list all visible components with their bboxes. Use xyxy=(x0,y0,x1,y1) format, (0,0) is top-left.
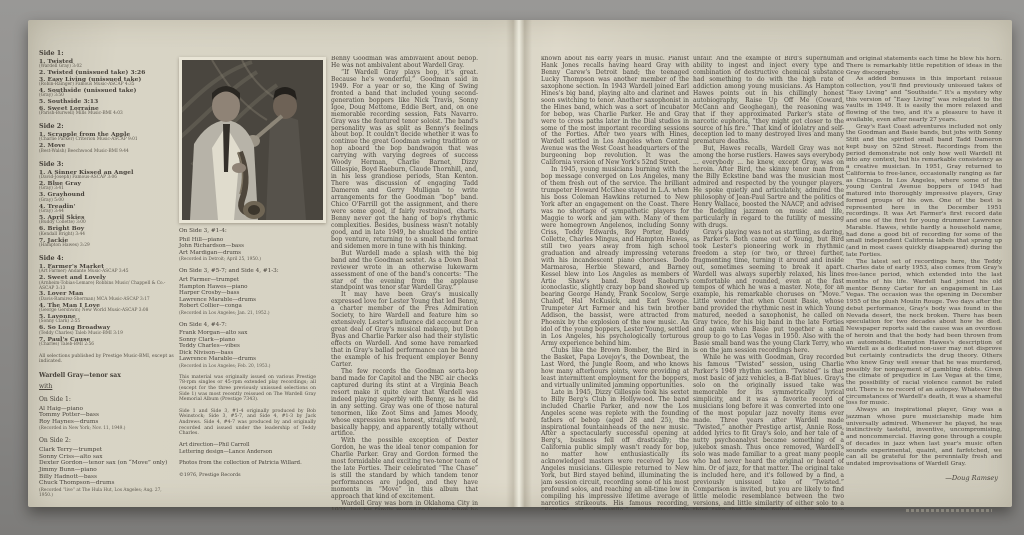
liner-notes-paragraph: Clubs like the Brown Bomber, the Bird in… xyxy=(541,348,689,390)
liner-notes-paragraph: The latest set of recordings here, the T… xyxy=(846,259,1002,408)
side-heading: Side 2: xyxy=(39,123,177,130)
personnel-side-4-4-7: On Side 4, #4-7: Frank Morgan—alto saxSo… xyxy=(179,322,316,369)
liner-notes-paragraph: In 1945, young musicians burning with th… xyxy=(541,167,689,348)
liner-notes-paragraph: As added bonuses in this important reiss… xyxy=(846,76,1002,123)
album-gatefold-interior: Side 1: 1. Twisted (Wardell Gray) 3:02 2… xyxy=(28,20,1012,507)
recording-date-note: (Recorded in Detroit; April 25, 1950.) xyxy=(179,257,316,262)
musician-credit: Jimmy Bunn—piano xyxy=(39,467,177,474)
liner-notes-paragraph: unfair. And the example of Bird's superh… xyxy=(693,56,844,146)
personnel-heading: On Side 3, #5-7; and Side 4, #1-3: xyxy=(179,268,316,275)
liner-notes-paragraph: With the possible exception of Dexter Go… xyxy=(331,438,478,501)
musician-credit: Billy Hadnott—bass xyxy=(39,474,177,481)
track-credit: (Hampton Hawes) 3:29 xyxy=(39,244,177,249)
liner-notes-paragraph: “If Wardell Gray plays bop, it's great. … xyxy=(331,70,478,251)
author-signature: —Doug Ramsey xyxy=(846,474,1002,482)
liner-notes-column-1: Benny Goodman was ambivalent about bebop… xyxy=(331,56,478,510)
fine-print-illegible xyxy=(906,509,992,512)
liner-notes-paragraph: While he was with Goodman, Gray recorded… xyxy=(693,355,844,510)
personnel-heading: On Side 3, #1-4: xyxy=(179,228,316,235)
side-heading: Side 1: xyxy=(39,50,177,57)
liner-notes-column-4: and original statements each time he ble… xyxy=(846,56,1002,510)
track-item: 2. Sweet and Lovely (Arnheim-Tobias-Lema… xyxy=(39,275,177,291)
track-item: 6. Sweet Lorraine (Parish-Burwell) Mills… xyxy=(39,106,177,117)
leader-credit: Wardell Gray—tenor sax xyxy=(39,372,177,379)
musician-credit: Lawrence Marable—drums xyxy=(179,356,316,363)
track-item: 2. Move (Best-Walsh) Beechwood Music-BMI… xyxy=(39,143,177,154)
track-item: 6. Bright Boy (Kendall Bright) 3:44 xyxy=(39,226,177,237)
personnel-heading: On Side 4, #4-7: xyxy=(179,322,316,329)
reissue-note: This material was originally issued on v… xyxy=(179,375,316,403)
recording-date-note: (Recorded in Los Angeles; Feb. 20, 1953.… xyxy=(179,364,316,369)
band-photo-image xyxy=(182,60,323,220)
liner-notes-paragraph: Wardell Gray was born in Oklahoma City i… xyxy=(331,501,478,510)
side-4-tracklist: Side 4: 1. Farmer's Market (Art Farmer) … xyxy=(39,255,177,348)
liner-notes-paragraph: The few records the Goodman sorta-bop ba… xyxy=(331,369,478,439)
liner-notes-paragraph: and original statements each time he ble… xyxy=(846,56,1002,76)
track-item: 7. Paul's Cause (Charles) Taleb-BMI 2:56 xyxy=(39,337,177,348)
art-direction-credit: Art direction—Phil Carroll xyxy=(179,442,316,448)
liner-notes-paragraph: It may have been Gray's musically expres… xyxy=(331,292,478,368)
musician-credit: Chuck Thompson—drums xyxy=(39,480,177,487)
side-heading: Side 4: xyxy=(39,255,177,262)
tracklist-column: Side 1: 1. Twisted (Wardell Gray) 3:02 2… xyxy=(39,50,177,498)
musician-credit: Dexter Gordon—tenor sax (on “Move” only) xyxy=(39,460,177,467)
liner-notes-column-2: known about his early years in music. Pi… xyxy=(541,56,689,510)
side-2-tracklist: Side 2: 1. Scrapple from the Apple (Char… xyxy=(39,123,177,155)
liner-notes-paragraph: Benny Goodman was ambivalent about bebop… xyxy=(331,56,478,70)
recording-date-note: (Recorded in Los Angeles; Jan. 21, 1952.… xyxy=(179,311,316,316)
session-credits-column: On Side 3, #1-4: Phil Hill—pianoJohn Ric… xyxy=(179,228,316,478)
production-note: Side 1 and Side 3, #1-4 originally produ… xyxy=(179,409,316,437)
liner-notes-column-3: unfair. And the example of Bird's superh… xyxy=(693,56,844,510)
liner-notes-paragraph: But, Hawes recalls, Wardell Gray was not… xyxy=(693,146,844,229)
lettering-design-credit: Lettering design—Lance Anderson xyxy=(179,449,316,455)
recording-date-note: (Recorded “live” at The Hula Hut, Los An… xyxy=(39,488,177,498)
side-heading: Side 3: xyxy=(39,161,177,168)
musician-credit: Robert Collier—conga xyxy=(179,303,316,310)
photo-backdrop: Side 1: 1. Twisted (Wardell Gray) 3:02 2… xyxy=(0,0,1024,535)
liner-notes-paragraph: Always an inspirational player, Gray was… xyxy=(846,407,1002,468)
center-fold-seam xyxy=(506,20,532,507)
track-item: 7. Jackie (Hampton Hawes) 3:29 xyxy=(39,238,177,249)
musician-credit: Al Haig—piano xyxy=(39,406,177,413)
musician-credit: Roy Haynes—drums xyxy=(39,419,177,426)
recording-date-note: (Recorded in New York; Nov. 11, 1949.) xyxy=(39,426,177,431)
copyright-line: ©1976, Prestige Records xyxy=(179,473,316,478)
band-photo xyxy=(179,57,326,223)
liner-notes-paragraph: Gray's playing was not as startling, as … xyxy=(693,230,844,355)
track-item: 6. So Long Broadway (Teddy Charles) Tale… xyxy=(39,325,177,336)
musician-credit: Tommy Potter—bass xyxy=(39,412,177,419)
photos-credit: Photos from the collection of Patricia W… xyxy=(179,460,316,466)
side-1-tracklist: Side 1: 1. Twisted (Wardell Gray) 3:02 2… xyxy=(39,50,177,117)
personnel-heading: On Side 2: xyxy=(39,438,177,445)
side-3-tracklist: Side 3: 1. A Sinner Kissed an Angel (Dav… xyxy=(39,161,177,249)
publishing-note: All selections published by Prestige Mus… xyxy=(39,354,177,365)
track-credit: (Parish-Burwell) Mills Music-BMI 4:03 xyxy=(39,112,177,117)
personnel-side-2: On Side 2: Clark Terry—trumpetSonny Cris… xyxy=(39,438,177,497)
track-credit: (Best-Walsh) Beechwood Music-BMI 9:44 xyxy=(39,150,177,155)
liner-notes-paragraph: But Wardell made a splash with the big b… xyxy=(331,251,478,293)
musician-credit: Clark Terry—trumpet xyxy=(39,447,177,454)
track-item: 3. Grayhound (Gray) 5:00 xyxy=(39,192,177,203)
with-label: with xyxy=(39,383,53,390)
liner-notes-paragraph: Gray's East Coast adventures included no… xyxy=(846,124,1002,259)
personnel-side-3-5-7-side-4-1-3: On Side 3, #5-7; and Side 4, #1-3: Art F… xyxy=(179,268,316,315)
musician-credit: Art Mardigan—drums xyxy=(179,250,316,257)
liner-notes-paragraph: Late in 1945, Dizzy Gillespie took his s… xyxy=(541,390,689,510)
liner-notes-paragraph: known about his early years in music. Pi… xyxy=(541,56,689,167)
personnel-heading: On Side 1: xyxy=(39,397,177,404)
personnel-side-1: On Side 1: Al Haig—pianoTommy Potter—bas… xyxy=(39,397,177,432)
personnel-side-3-1-4: On Side 3, #1-4: Phil Hill—pianoJohn Ric… xyxy=(179,228,316,262)
track-credit: (Charles) Taleb-BMI 2:56 xyxy=(39,343,177,348)
